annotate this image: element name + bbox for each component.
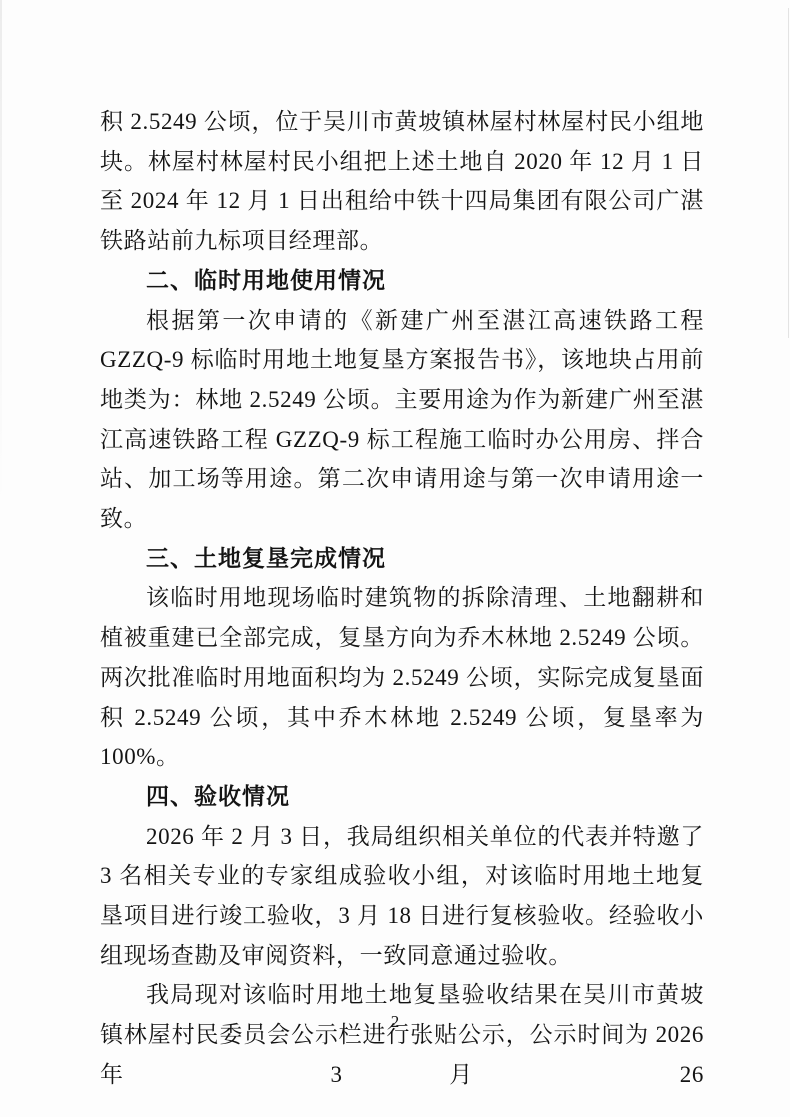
section-heading-temporary-land-use: 二、临时用地使用情况 [100, 261, 704, 301]
section-heading-acceptance: 四、验收情况 [100, 777, 704, 817]
paragraph-acceptance-inspection: 2026 年 2 月 3 日，我局组织相关单位的代表并特邀了 3 名相关专业的专… [100, 817, 704, 976]
section-heading-reclamation-completion: 三、土地复垦完成情况 [100, 539, 704, 579]
paragraph-reclamation-completion: 该临时用地现场临时建筑物的拆除清理、土地翻耕和植被重建已全部完成，复垦方向为乔木… [100, 578, 704, 777]
document-body: 积 2.5249 公顷，位于吴川市黄坡镇林屋村林屋村民小组地块。林屋村林屋村民小… [100, 102, 704, 1095]
scan-edge-artifact-left [0, 0, 2, 503]
paragraph-public-notice-cutoff: 我局现对该临时用地土地复垦验收结果在吴川市黄坡镇林屋村民委员会公示栏进行张贴公示… [100, 975, 704, 1094]
document-page: 积 2.5249 公顷，位于吴川市黄坡镇林屋村林屋村民小组地块。林屋村林屋村民小… [0, 0, 790, 1117]
paragraph-land-lease-continuation: 积 2.5249 公顷，位于吴川市黄坡镇林屋村林屋村民小组地块。林屋村林屋村民小… [100, 102, 704, 261]
paragraph-temporary-land-use: 根据第一次申请的《新建广州至湛江高速铁路工程 GZZQ-9 标临时用地土地复垦方… [100, 301, 704, 539]
scan-edge-artifact-right [788, 8, 789, 338]
page-number: 2 [0, 1012, 790, 1032]
